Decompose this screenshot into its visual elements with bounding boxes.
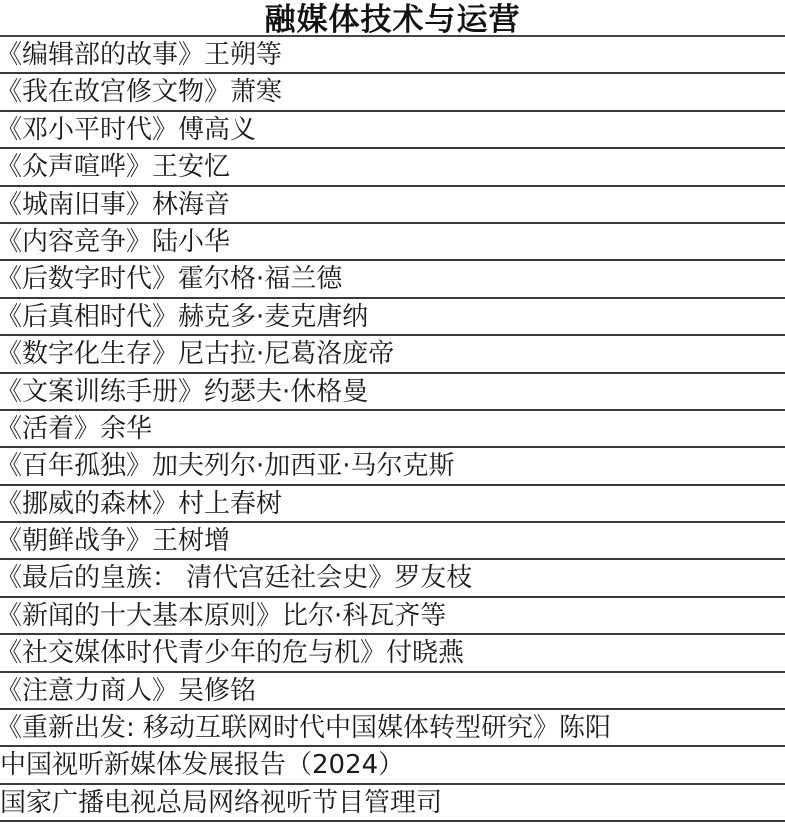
- list-item-text: 《活着》余华: [0, 411, 152, 447]
- list-item-text: 《城南旧事》林海音: [0, 187, 230, 223]
- list-item: 《邓小平时代》傅高义: [0, 112, 785, 149]
- reading-list-sheet: 融媒体技术与运营 《编辑部的故事》王朔等 《我在故宫修文物》萧寒 《邓小平时代》…: [0, 0, 785, 825]
- list-item: 《我在故宫修文物》萧寒: [0, 74, 785, 111]
- list-item: 《后真相时代》赫克多·麦克唐纳: [0, 299, 785, 336]
- list-item-text: 《数字化生存》尼古拉·尼葛洛庞帝: [0, 336, 394, 372]
- list-item: 《文案训练手册》约瑟夫·休格曼: [0, 374, 785, 411]
- list-item: 《挪威的森林》村上春树: [0, 486, 785, 523]
- list-item: 《注意力商人》吴修铭: [0, 673, 785, 710]
- list-item: 《最后的皇族： 清代宫廷社会史》罗友枝: [0, 560, 785, 597]
- list-item-text: 《新闻的十大基本原则》比尔·科瓦齐等: [0, 598, 446, 634]
- list-item: 《城南旧事》林海音: [0, 187, 785, 224]
- page-title: 融媒体技术与运营: [0, 0, 785, 37]
- list-item-text: 《众声喧哗》王安忆: [0, 149, 230, 185]
- list-item-text: 《社交媒体时代青少年的危与机》付晓燕: [0, 635, 464, 671]
- list-item: 《数字化生存》尼古拉·尼葛洛庞帝: [0, 336, 785, 373]
- list-item-text: 《重新出发: 移动互联网时代中国媒体转型研究》陈阳: [0, 710, 611, 746]
- list-item-text: 中国视听新媒体发展报告（2024）: [0, 747, 404, 783]
- list-item: 《重新出发: 移动互联网时代中国媒体转型研究》陈阳: [0, 710, 785, 747]
- list-item-text: 《最后的皇族： 清代宫廷社会史》罗友枝: [0, 560, 472, 596]
- list-item: 《后数字时代》霍尔格·福兰德: [0, 261, 785, 298]
- list-item-text: 《挪威的森林》村上春树: [0, 486, 282, 522]
- list-item-text: 《我在故宫修文物》萧寒: [0, 74, 282, 110]
- list-item-text: 《邓小平时代》傅高义: [0, 112, 256, 148]
- list-item-text: 《内容竞争》陆小华: [0, 224, 230, 260]
- list-item-text: 《后数字时代》霍尔格·福兰德: [0, 261, 342, 297]
- list-item-text: 国家广播电视总局网络视听节目管理司: [0, 785, 442, 821]
- list-item-text: 《后真相时代》赫克多·麦克唐纳: [0, 299, 368, 335]
- list-item: 国家广播电视总局网络视听节目管理司: [0, 785, 785, 822]
- list-item-text: 《编辑部的故事》王朔等: [0, 37, 282, 73]
- list-item: 《众声喧哗》王安忆: [0, 149, 785, 186]
- reading-list: 《编辑部的故事》王朔等 《我在故宫修文物》萧寒 《邓小平时代》傅高义 《众声喧哗…: [0, 37, 785, 822]
- list-item: 《百年孤独》加夫列尔·加西亚·马尔克斯: [0, 448, 785, 485]
- list-item: 《新闻的十大基本原则》比尔·科瓦齐等: [0, 598, 785, 635]
- list-item: 《朝鲜战争》王树增: [0, 523, 785, 560]
- list-item-text: 《朝鲜战争》王树增: [0, 523, 230, 559]
- list-item: 《活着》余华: [0, 411, 785, 448]
- list-item-text: 《注意力商人》吴修铭: [0, 673, 256, 709]
- list-item: 《内容竞争》陆小华: [0, 224, 785, 261]
- list-item: 中国视听新媒体发展报告（2024）: [0, 747, 785, 784]
- list-item: 《编辑部的故事》王朔等: [0, 37, 785, 74]
- list-item-text: 《百年孤独》加夫列尔·加西亚·马尔克斯: [0, 448, 455, 484]
- list-item-text: 《文案训练手册》约瑟夫·休格曼: [0, 374, 368, 410]
- list-item: 《社交媒体时代青少年的危与机》付晓燕: [0, 635, 785, 672]
